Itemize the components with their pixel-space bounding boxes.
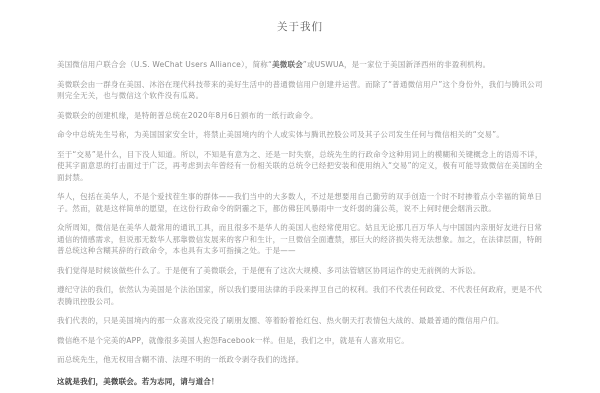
intro-text-suffix: ”或USWUA，是一家位于美国新泽西州的非盈利机构。: [303, 60, 490, 69]
intro-text-prefix: 美国微信用户联合会（U.S. WeChat Users Alliance），简称…: [57, 60, 272, 69]
about-us-page: 关于我们 美国微信用户联合会（U.S. WeChat Users Allianc…: [0, 0, 600, 393]
paragraph-who-we-represent: 我们代表的，只是美国境内的那一众喜欢没完没了刷朋友圈、等着盼着抢红包、热火朝天打…: [57, 315, 543, 327]
closing-slogan: 这就是我们，美微联会。若为志同，请与道合！: [57, 376, 543, 388]
paragraph-president-no-right: 而总统先生，他无权用含糊不清、法理不明的一纸政令剥夺我们的选择。: [57, 354, 543, 366]
paragraph-wechat-importance: 众所周知，微信是在美华人最常用的通讯工具，而且很多不是华人的美国人也经常使用它。…: [57, 222, 543, 257]
article-body: 美国微信用户联合会（U.S. WeChat Users Alliance），简称…: [57, 59, 543, 387]
paragraph-wechat-not-perfect: 微信绝不是个完美的APP，就像很多美国人抱怨Facebook一样。但是，我们之中…: [57, 335, 543, 347]
paragraph-chinese-community: 华人，包括在美华人，不是个爱找茬生事的群体——我们当中的大多数人，不过是想要用自…: [57, 191, 543, 214]
paragraph-executive-order: 命令中总统先生号称，为美国国家安全计，将禁止美国境内的个人或实体与腾讯控股公司及…: [57, 129, 543, 141]
paragraph-legal-stance: 遵纪守法的我们，依然认为美国是个法治国家，所以我们要用法律的手段来捍卫自己的权利…: [57, 284, 543, 307]
paragraph-transaction-ambiguity: 至于“交易”是什么，目下没人知道。所以，不知是有意为之、还是一时失察，总统先生的…: [57, 149, 543, 184]
paragraph-lawsuit: 我们觉得是时候该做些什么了。于是便有了美微联会，于是便有了这次大规模、多司法管辖…: [57, 265, 543, 277]
org-short-name: 美微联会: [272, 60, 303, 69]
intro-paragraph: 美国微信用户联合会（U.S. WeChat Users Alliance），简称…: [57, 59, 543, 71]
paragraph-founding-reason: 美微联会的创建机缘，是特朗普总统在2020年8月6日颁布的一纸行政命令。: [57, 110, 543, 122]
paragraph-origin: 美微联会由一群身在美国、沐浴在现代科技带来的美好生活中的普通微信用户创建并运营。…: [57, 79, 543, 102]
page-title: 关于我们: [57, 19, 543, 34]
